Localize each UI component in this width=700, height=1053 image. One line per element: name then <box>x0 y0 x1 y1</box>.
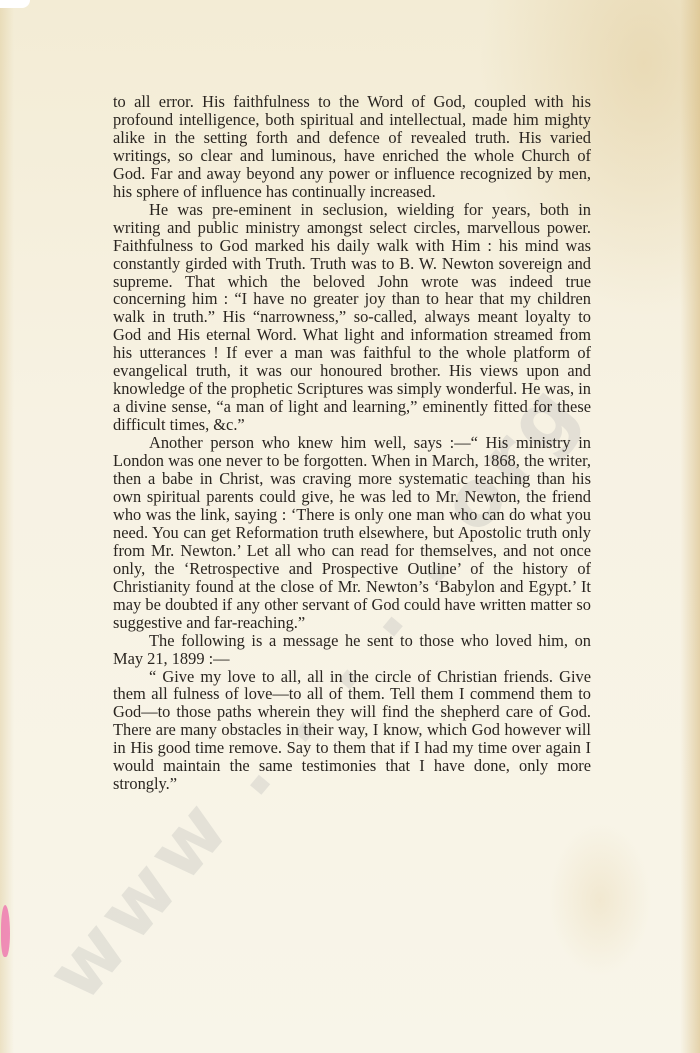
scanned-page: www . . . . . org to all error. His fait… <box>0 0 700 1053</box>
pink-ink-mark <box>1 905 10 957</box>
body-text: to all error. His faithfulness to the Wo… <box>113 93 591 793</box>
torn-corner <box>0 0 30 8</box>
paragraph-message-intro: The following is a message he sent to th… <box>113 632 591 668</box>
paragraph-quoted-message: “ Give my love to all, all in the circle… <box>113 668 591 794</box>
paragraph-continuation: to all error. His faithfulness to the Wo… <box>113 93 591 201</box>
paragraph-pre-eminent: He was pre-eminent in seclusion, wieldin… <box>113 201 591 434</box>
paragraph-another-person: Another person who knew him well, says :… <box>113 434 591 631</box>
